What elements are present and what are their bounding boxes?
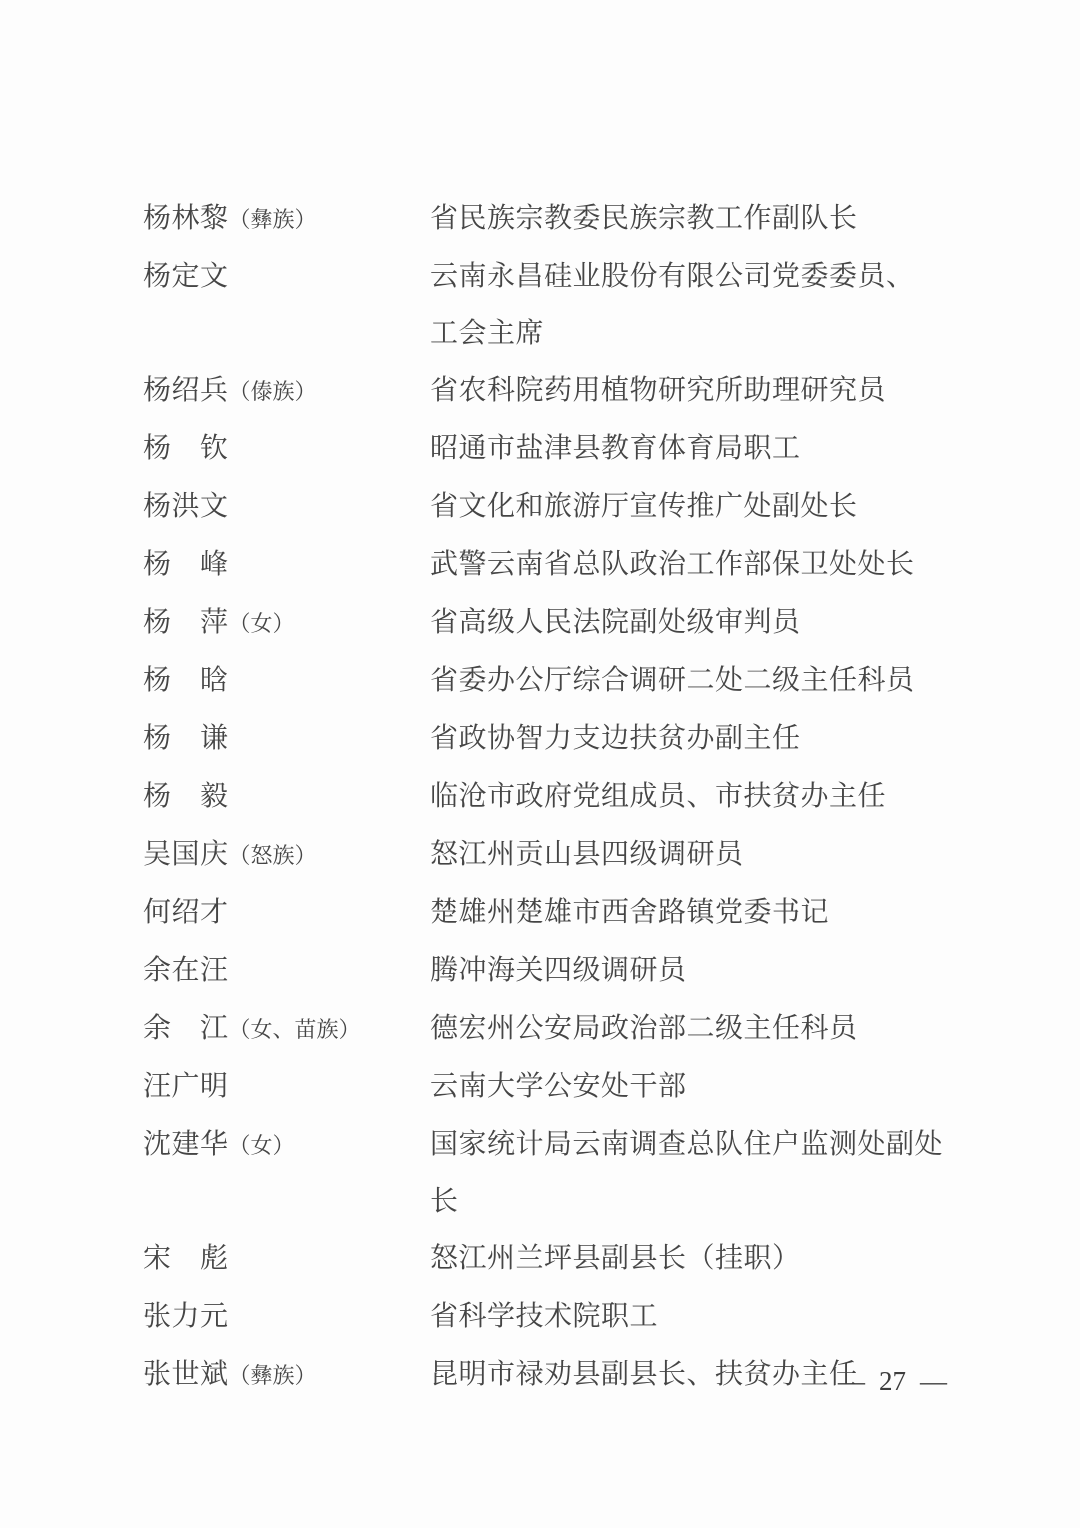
person-name: 余 江 — [143, 1013, 229, 1044]
person-annotation: （傣族） — [229, 379, 317, 404]
person-position: 德宏州公安局政治部二级主任科员 — [430, 1000, 953, 1057]
person-name: 何绍才 — [143, 897, 229, 928]
person-name: 张世斌 — [143, 1359, 229, 1390]
person-name: 杨 钦 — [143, 433, 229, 464]
person-name-cell: 杨 峰 — [143, 536, 430, 594]
person-name-cell: 张世斌（彝族） — [143, 1346, 430, 1404]
page-number-dash-left: — — [838, 1366, 865, 1397]
person-name-cell: 何绍才 — [143, 884, 430, 942]
person-name: 杨 谦 — [143, 723, 229, 754]
list-item: 沈建华（女） 国家统计局云南调查总队住户监测处副处长 — [143, 1116, 953, 1230]
person-name: 汪广明 — [143, 1071, 229, 1102]
person-name-cell: 沈建华（女） — [143, 1116, 430, 1174]
person-position: 云南永昌硅业股份有限公司党委委员、 工会主席 — [430, 248, 953, 362]
page-number-value: 27 — [879, 1366, 906, 1397]
person-position: 省委办公厅综合调研二处二级主任科员 — [430, 652, 953, 709]
person-position: 省文化和旅游厅宣传推广处副处长 — [430, 478, 953, 535]
list-item: 张力元 省科学技术院职工 — [143, 1288, 953, 1346]
person-name: 杨 晗 — [143, 665, 229, 696]
person-name-cell: 杨林黎（彝族） — [143, 190, 430, 248]
person-position: 国家统计局云南调查总队住户监测处副处长 — [430, 1116, 953, 1230]
person-annotation: （彝族） — [229, 1363, 317, 1388]
person-name: 吴国庆 — [143, 839, 229, 870]
list-item: 杨 钦 昭通市盐津县教育体育局职工 — [143, 420, 953, 478]
person-name-cell: 汪广明 — [143, 1058, 430, 1116]
person-name-cell: 杨 晗 — [143, 652, 430, 710]
person-name-cell: 吴国庆（怒族） — [143, 826, 430, 884]
list-item: 杨林黎（彝族） 省民族宗教委民族宗教工作副队长 — [143, 190, 953, 248]
person-name: 杨林黎 — [143, 203, 229, 234]
person-name-cell: 余在汪 — [143, 942, 430, 1000]
person-name-cell: 杨 萍（女） — [143, 594, 430, 652]
person-position: 省农科院药用植物研究所助理研究员 — [430, 362, 953, 419]
person-name-cell: 余 江（女、苗族） — [143, 1000, 430, 1058]
person-position: 省高级人民法院副处级审判员 — [430, 594, 953, 651]
person-annotation: （怒族） — [229, 843, 317, 868]
document-page: 杨林黎（彝族） 省民族宗教委民族宗教工作副队长 杨定文 云南永昌硅业股份有限公司… — [0, 0, 1080, 1528]
person-position: 腾冲海关四级调研员 — [430, 942, 953, 999]
list-item: 杨定文 云南永昌硅业股份有限公司党委委员、 工会主席 — [143, 248, 953, 362]
person-name: 沈建华 — [143, 1129, 229, 1160]
list-item: 何绍才 楚雄州楚雄市西舍路镇党委书记 — [143, 884, 953, 942]
person-position: 临沧市政府党组成员、市扶贫办主任 — [430, 768, 953, 825]
person-name: 张力元 — [143, 1301, 229, 1332]
person-name-cell: 杨 钦 — [143, 420, 430, 478]
person-name: 余在汪 — [143, 955, 229, 986]
list-item: 张世斌（彝族） 昆明市禄劝县副县长、扶贫办主任 — [143, 1346, 953, 1404]
list-item: 杨 晗 省委办公厅综合调研二处二级主任科员 — [143, 652, 953, 710]
list-item: 杨 萍（女） 省高级人民法院副处级审判员 — [143, 594, 953, 652]
person-name-cell: 杨定文 — [143, 248, 430, 306]
person-annotation: （女） — [229, 1133, 295, 1158]
person-name: 杨 萍 — [143, 607, 229, 638]
person-position: 武警云南省总队政治工作部保卫处处长 — [430, 536, 953, 593]
page-number: — 27 — — [838, 1366, 947, 1397]
list-item: 杨 谦 省政协智力支边扶贫办副主任 — [143, 710, 953, 768]
person-position: 昭通市盐津县教育体育局职工 — [430, 420, 953, 477]
list-item: 杨绍兵（傣族） 省农科院药用植物研究所助理研究员 — [143, 362, 953, 420]
list-item: 杨 毅 临沧市政府党组成员、市扶贫办主任 — [143, 768, 953, 826]
person-name: 宋 彪 — [143, 1243, 229, 1274]
person-annotation: （彝族） — [229, 207, 317, 232]
person-position: 楚雄州楚雄市西舍路镇党委书记 — [430, 884, 953, 941]
person-name-cell: 杨洪文 — [143, 478, 430, 536]
person-name: 杨 毅 — [143, 781, 229, 812]
person-position: 省政协智力支边扶贫办副主任 — [430, 710, 953, 767]
list-item: 吴国庆（怒族） 怒江州贡山县四级调研员 — [143, 826, 953, 884]
person-position: 省民族宗教委民族宗教工作副队长 — [430, 190, 953, 247]
person-position: 怒江州贡山县四级调研员 — [430, 826, 953, 883]
list-item: 余 江（女、苗族） 德宏州公安局政治部二级主任科员 — [143, 1000, 953, 1058]
person-name-cell: 宋 彪 — [143, 1230, 430, 1288]
person-position: 云南大学公安处干部 — [430, 1058, 953, 1115]
person-name: 杨洪文 — [143, 491, 229, 522]
list-item: 杨 峰 武警云南省总队政治工作部保卫处处长 — [143, 536, 953, 594]
list-item: 汪广明 云南大学公安处干部 — [143, 1058, 953, 1116]
person-position: 怒江州兰坪县副县长（挂职） — [430, 1230, 953, 1287]
list-item: 余在汪 腾冲海关四级调研员 — [143, 942, 953, 1000]
person-name-cell: 杨绍兵（傣族） — [143, 362, 430, 420]
person-name: 杨 峰 — [143, 549, 229, 580]
list-item: 杨洪文 省文化和旅游厅宣传推广处副处长 — [143, 478, 953, 536]
person-name: 杨定文 — [143, 261, 229, 292]
list-item: 宋 彪 怒江州兰坪县副县长（挂职） — [143, 1230, 953, 1288]
person-name-cell: 张力元 — [143, 1288, 430, 1346]
person-name-cell: 杨 谦 — [143, 710, 430, 768]
person-position: 省科学技术院职工 — [430, 1288, 953, 1345]
person-annotation: （女） — [229, 611, 295, 636]
person-name-cell: 杨 毅 — [143, 768, 430, 826]
page-number-dash-right: — — [920, 1366, 947, 1397]
person-name: 杨绍兵 — [143, 375, 229, 406]
recipient-list: 杨林黎（彝族） 省民族宗教委民族宗教工作副队长 杨定文 云南永昌硅业股份有限公司… — [143, 190, 953, 1404]
person-annotation: （女、苗族） — [229, 1017, 361, 1042]
